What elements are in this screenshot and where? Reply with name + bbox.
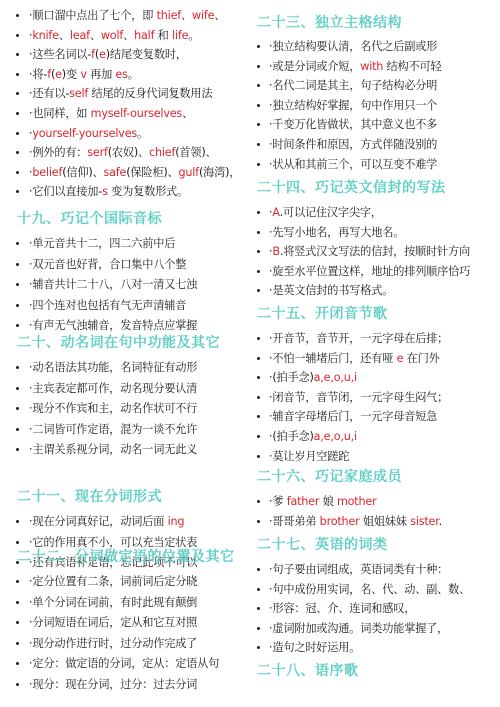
bullet-icon (16, 73, 19, 76)
bullet-icon (257, 520, 260, 523)
highlight-word: wolf (101, 29, 123, 42)
highlight-word: belief (32, 166, 62, 179)
text-fragment: 再加 (87, 68, 116, 81)
text-fragment: 。 (137, 127, 148, 140)
list-item-text: ·主谓关系视分词，动名一词无此义 (29, 440, 197, 460)
bullet-icon (16, 112, 19, 115)
list-item-text: ·状从和其前三个，可以互变不难学 (269, 155, 437, 175)
text-fragment: ·莫让岁月空蹉跎 (269, 450, 349, 463)
text-fragment: ·主谓关系视分词，动名一词无此义 (29, 443, 197, 456)
list-item-text: ·现在分词真好记，动词后面 ing (29, 512, 184, 532)
highlight-word: brother (320, 515, 360, 528)
text-fragment: 、 (123, 29, 134, 42)
list-item-text: ·例外的有：serf(农奴)、chief(首领)、 (29, 143, 217, 163)
list-item-text: ·也同样，如 myself-ourselves、 (29, 104, 193, 124)
bullet-icon (257, 250, 260, 253)
highlight-word: with (360, 60, 383, 73)
text-fragment: ·四个连对也包括有气无声清辅音 (29, 299, 186, 312)
text-fragment: ·句子要由词组成，英语词类有十种： (269, 563, 448, 576)
bullet-icon (16, 601, 19, 604)
bullet-icon (257, 123, 260, 126)
bullet-icon (257, 211, 260, 214)
highlight-word: leaf (70, 29, 90, 42)
bullet-icon (16, 387, 19, 390)
list-item-text: ·独立结构要认清，名代之后副或形 (269, 37, 437, 57)
list-item-text: ·定分位置有二条，词前词后定分晓 (29, 572, 197, 592)
bullet-icon (257, 84, 260, 87)
text-fragment: )结尾变复数时， (106, 48, 187, 61)
bullet-icon (16, 448, 19, 451)
list-item-text: ·还有以-self 结尾的反身代词复数用法 (29, 84, 212, 104)
text-fragment: ·现分动作进行时，过分动作完成了 (29, 637, 197, 650)
text-fragment: ·二词皆可作定语，混为一谈不允许 (29, 423, 197, 436)
list-item-text: ·定分：做定语的分词，定从：定语从句 (29, 654, 219, 674)
list-item-text: ·现分不作宾和主，动名作状可不行 (29, 399, 197, 419)
section-heading: 十九、巧记个国际音标 (17, 208, 162, 230)
bullet-icon (16, 541, 19, 544)
list-item-text: ·哥哥弟弟 brother 姐姐妹妹 sister. (269, 512, 442, 532)
bullet-icon (16, 190, 19, 193)
text-fragment: ·定分位置有二条，词前词后定分晓 (29, 575, 197, 588)
text-fragment: 。 (188, 29, 199, 42)
list-item-text: ·动名语法其功能，名词特征有动形 (29, 358, 197, 378)
text-fragment: ·时间条件和原因，方式伴随没别的 (269, 138, 437, 151)
text-fragment: ·有声无气浊辅音，发音特点应掌握 (29, 319, 197, 332)
highlight-word: sister (410, 515, 438, 528)
text-fragment: 姐姐妹妹 (360, 515, 411, 528)
bullet-icon (16, 304, 19, 307)
bullet-icon (16, 151, 19, 154)
highlight-word: father (287, 495, 320, 508)
list-item-text: ·莫让岁月空蹉跎 (269, 447, 349, 467)
highlight-word: e (99, 48, 106, 61)
list-item-text: ·A.可以记住汉字尖字， (269, 203, 382, 223)
list-item-text: ·(拍手念)a,e,o,u,i (269, 427, 357, 447)
list-item-text: ·二词皆可作定语，混为一谈不允许 (29, 420, 197, 440)
highlight-word: a,e,o,u,i (314, 430, 357, 443)
list-item-text: ·现分动作进行时，过分动作完成了 (29, 634, 197, 654)
text-fragment: ·形容：冠、介、连词和感叹， (269, 602, 415, 615)
text-fragment: ·是英文信封的书写格式。 (269, 284, 393, 297)
list-item-text: ·双元音也好背，合口集中八个整 (29, 255, 186, 275)
list-item-text: ·单元音共十二，四二六前中后 (29, 234, 175, 254)
list-item-text: ·时间条件和原因，方式伴随没别的 (269, 135, 437, 155)
bullet-icon (257, 289, 260, 292)
list-item-text: ·句子要由词组成，英语词类有十种： (269, 560, 448, 580)
highlight-word: gulf (178, 166, 198, 179)
bullet-icon (257, 396, 260, 399)
text-fragment: ·辅音字母堵后门，一元字母音短急 (269, 410, 437, 423)
highlight-word: myself-ourselves (91, 107, 182, 120)
text-fragment: ·双元音也好背，合口集中八个整 (29, 258, 186, 271)
text-fragment: ·爹 (269, 495, 287, 508)
text-fragment: ·状从和其前三个，可以互变不难学 (269, 158, 437, 171)
text-fragment: ·辅音共计二十八，八对一清又七浊 (29, 278, 197, 291)
text-fragment: ·例外的有： (29, 146, 87, 159)
section-heading: 二十五、开闭音节歌 (257, 303, 388, 325)
list-item-text: ·先写小地名，再写大地名。 (269, 223, 404, 243)
list-item-text: ·爹 father 娘 mother (269, 492, 376, 512)
list-item-text: ·千变万化皆做状，其中意义也不多 (269, 115, 437, 135)
bullet-icon (16, 283, 19, 286)
text-fragment: ·(拍手念) (269, 371, 314, 384)
text-fragment: ·现在分词真好记，动词后面 (29, 515, 168, 528)
highlight-word: A (272, 206, 279, 219)
text-fragment: ·还有以- (29, 87, 69, 100)
bullet-icon (16, 407, 19, 410)
list-item-text: ·这些名词以-f(e)结尾变复数时， (29, 45, 187, 65)
text-fragment: 、 (181, 9, 192, 22)
text-fragment: ·这些名词以- (29, 48, 91, 61)
highlight-word: mother (337, 495, 377, 508)
list-item-text: ·辅音字母堵后门，一元字母音短急 (269, 407, 437, 427)
list-item-text: ·或是分词或介短，with 结构不可轻 (269, 57, 442, 77)
bullet-icon (257, 270, 260, 273)
list-item-text: ·主宾表定都可作，动名现分要认清 (29, 379, 197, 399)
text-fragment: ·旋至水平位置这样，地址的排列顺序恰巧 (269, 265, 470, 278)
list-item-text: ·辅音共计二十八，八对一清又七浊 (29, 275, 197, 295)
bullet-icon (257, 646, 260, 649)
text-fragment: .将竖式汉文写法的信封，按顺时针方向 (280, 245, 470, 258)
text-fragment: ·也同样，如 (29, 107, 91, 120)
bullet-icon (257, 500, 260, 503)
text-fragment: 结尾的反身代词复数用法 (88, 87, 212, 100)
bullet-icon (16, 683, 19, 686)
list-item-text: ·单个分词在词前，有时此规有颠倒 (29, 593, 197, 613)
text-fragment: (首领)、 (175, 146, 216, 159)
text-fragment: ·先写小地名，再写大地名。 (269, 226, 404, 239)
section-heading: 二十八、语序歌 (257, 660, 359, 682)
text-fragment: 、 (59, 29, 70, 42)
bullet-icon (16, 171, 19, 174)
section-heading: 二十二、分词做定语的位置及其它 (17, 546, 235, 568)
text-fragment: ·闭音节，音节闭，一元字母生闷气； (269, 391, 448, 404)
text-fragment: ·造句之时好运用。 (269, 641, 360, 654)
list-item-text: ·顺口溜中点出了七个，即 thief、wife、 (29, 6, 225, 26)
list-item-text: ·造句之时好运用。 (269, 638, 360, 658)
text-fragment: ·单个分词在词前，有时此规有颠倒 (29, 596, 197, 609)
text-fragment: ·分词短语在词后，定从和它互对照 (29, 616, 197, 629)
text-fragment: 娘 (319, 495, 337, 508)
text-fragment: (海湾)， (199, 166, 240, 179)
section-heading: 二十六、巧记家庭成员 (257, 466, 402, 488)
list-item-text: ·闭音节，音节闭，一元字母生闷气； (269, 388, 448, 408)
section-heading: 二十七、英语的词类 (257, 534, 388, 556)
text-fragment: . (439, 515, 442, 528)
list-item-text: ·名代二词是其主，句子结构必分明 (269, 76, 437, 96)
bullet-icon (16, 366, 19, 369)
text-fragment: 。 (128, 68, 139, 81)
bullet-icon (16, 642, 19, 645)
text-fragment: ·虚词附加或沟通。词类功能掌握了， (269, 622, 448, 635)
text-fragment: )变 (62, 68, 81, 81)
text-fragment: 结构不可轻 (383, 60, 441, 73)
list-item-text: ·yourself-yourselves。 (29, 124, 148, 144)
text-fragment: ·千变万化皆做状，其中意义也不多 (269, 118, 437, 131)
bullet-icon (16, 242, 19, 245)
bullet-icon (257, 435, 260, 438)
highlight-word: safe (103, 166, 126, 179)
bullet-icon (16, 662, 19, 665)
list-item-text: ·B.将竖式汉文写法的信封，按顺时针方向 (269, 242, 470, 262)
section-heading: 二十、动名词在句中功能及其它 (17, 332, 220, 354)
highlight-word: thief (157, 9, 181, 22)
section-heading: 二十四、巧记英文信封的写法 (257, 177, 446, 199)
list-item-text: ·四个连对也包括有气无声清辅音 (29, 296, 186, 316)
text-fragment: ·独立结构要认清，名代之后副或形 (269, 40, 437, 53)
highlight-word: ing (168, 515, 185, 528)
list-item-text: ·现分：现在分词，过分：过去分词 (29, 675, 197, 695)
bullet-icon (257, 455, 260, 458)
highlight-word: knife (32, 29, 59, 42)
text-fragment: ·哥哥弟弟 (269, 515, 320, 528)
highlight-word: yourself-yourselves (32, 127, 137, 140)
text-fragment: ·或是分词或介短， (269, 60, 360, 73)
text-fragment: 变为复数形式。 (108, 185, 188, 198)
bullet-icon (16, 263, 19, 266)
list-item-text: ·形容：冠、介、连词和感叹， (269, 599, 415, 619)
text-fragment: .可以记住汉字尖字， (280, 206, 382, 219)
bullet-icon (257, 45, 260, 48)
text-fragment: ·独立结构好掌握，句中作用只一个 (269, 99, 437, 112)
list-item-text: ·belief(信仰)、safe(保险柜)、gulf(海湾)， (29, 163, 240, 183)
bullet-icon (257, 65, 260, 68)
bullet-icon (16, 53, 19, 56)
bullet-icon (16, 580, 19, 583)
highlight-word: serf (87, 146, 107, 159)
list-item-text: ·它们以直接加-s 变为复数形式。 (29, 182, 188, 202)
list-item-text: ·将-f(e)变 v 再加 es。 (29, 65, 139, 85)
list-item-text: ·knife、leaf、wolf、half 和 life。 (29, 26, 199, 46)
bullet-icon (257, 163, 260, 166)
text-fragment: ·开音节，音节开，一元字母在后排； (269, 332, 448, 345)
text-fragment: ·动名语法其功能，名词特征有动形 (29, 361, 197, 374)
highlight-word: chief (149, 146, 175, 159)
text-fragment: 、 (214, 9, 225, 22)
highlight-word: life (172, 29, 188, 42)
highlight-word: es (115, 68, 127, 81)
text-fragment: ·单元音共十二，四二六前中后 (29, 237, 175, 250)
bullet-icon (257, 607, 260, 610)
text-fragment: ·(拍手念) (269, 430, 314, 443)
text-fragment: 和 (154, 29, 172, 42)
bullet-icon (16, 428, 19, 431)
list-item-text: ·虚词附加或沟通。词类功能掌握了， (269, 619, 448, 639)
text-fragment: 、 (182, 107, 193, 120)
bullet-icon (16, 324, 19, 327)
text-fragment: 在门外 (403, 352, 439, 365)
bullet-icon (257, 415, 260, 418)
text-fragment: ·名代二词是其主，句子结构必分明 (269, 79, 437, 92)
list-item-text: ·旋至水平位置这样，地址的排列顺序恰巧 (269, 262, 470, 282)
bullet-icon (257, 231, 260, 234)
text-fragment: ·定分：做定语的分词，定从：定语从句 (29, 657, 219, 670)
bullet-icon (16, 520, 19, 523)
text-fragment: (保险柜)、 (126, 166, 178, 179)
list-item-text: ·开音节，音节开，一元字母在后排； (269, 329, 448, 349)
list-item-text: ·独立结构好掌握，句中作用只一个 (269, 96, 437, 116)
text-fragment: ·主宾表定都可作，动名现分要认清 (29, 382, 197, 395)
text-fragment: ·将- (29, 68, 47, 81)
list-item-text: ·不怕一辅堵后门，还有哑 e 在门外 (269, 349, 440, 369)
bullet-icon (257, 337, 260, 340)
highlight-word: a,e,o,u,i (314, 371, 357, 384)
text-fragment: ·句中成份用实词，名、代、动、副、数、 (269, 583, 470, 596)
bullet-icon (257, 376, 260, 379)
section-heading: 二十三、独立主格结构 (257, 12, 402, 34)
text-fragment: (农奴)、 (108, 146, 149, 159)
list-item-text: ·(拍手念)a,e,o,u,i (269, 368, 357, 388)
text-fragment: ·顺口溜中点出了七个，即 (29, 9, 157, 22)
text-fragment: (信仰)、 (62, 166, 103, 179)
bullet-icon (16, 34, 19, 37)
bullet-icon (16, 92, 19, 95)
text-fragment: ·不怕一辅堵后门，还有哑 (269, 352, 397, 365)
bullet-icon (257, 568, 260, 571)
bullet-icon (257, 104, 260, 107)
highlight-word: self (69, 87, 88, 100)
bullet-icon (257, 143, 260, 146)
text-fragment: ·现分不作宾和主，动名作状可不行 (29, 402, 197, 415)
text-fragment: ·现分：现在分词，过分：过去分词 (29, 678, 197, 691)
bullet-icon (257, 588, 260, 591)
highlight-word: wife (192, 9, 214, 22)
bullet-icon (16, 621, 19, 624)
highlight-word: half (134, 29, 154, 42)
text-fragment: ·它们以直接加- (29, 185, 102, 198)
list-item-text: ·是英文信封的书写格式。 (269, 281, 393, 301)
list-item-text: ·分词短语在词后，定从和它互对照 (29, 613, 197, 633)
section-heading: 二十一、现在分词形式 (17, 486, 162, 508)
bullet-icon (257, 627, 260, 630)
bullet-icon (257, 357, 260, 360)
highlight-word: B (272, 245, 279, 258)
text-fragment: 、 (90, 29, 101, 42)
bullet-icon (16, 14, 19, 17)
bullet-icon (16, 132, 19, 135)
highlight-word: e (55, 68, 62, 81)
list-item-text: ·句中成份用实词，名、代、动、副、数、 (269, 580, 470, 600)
